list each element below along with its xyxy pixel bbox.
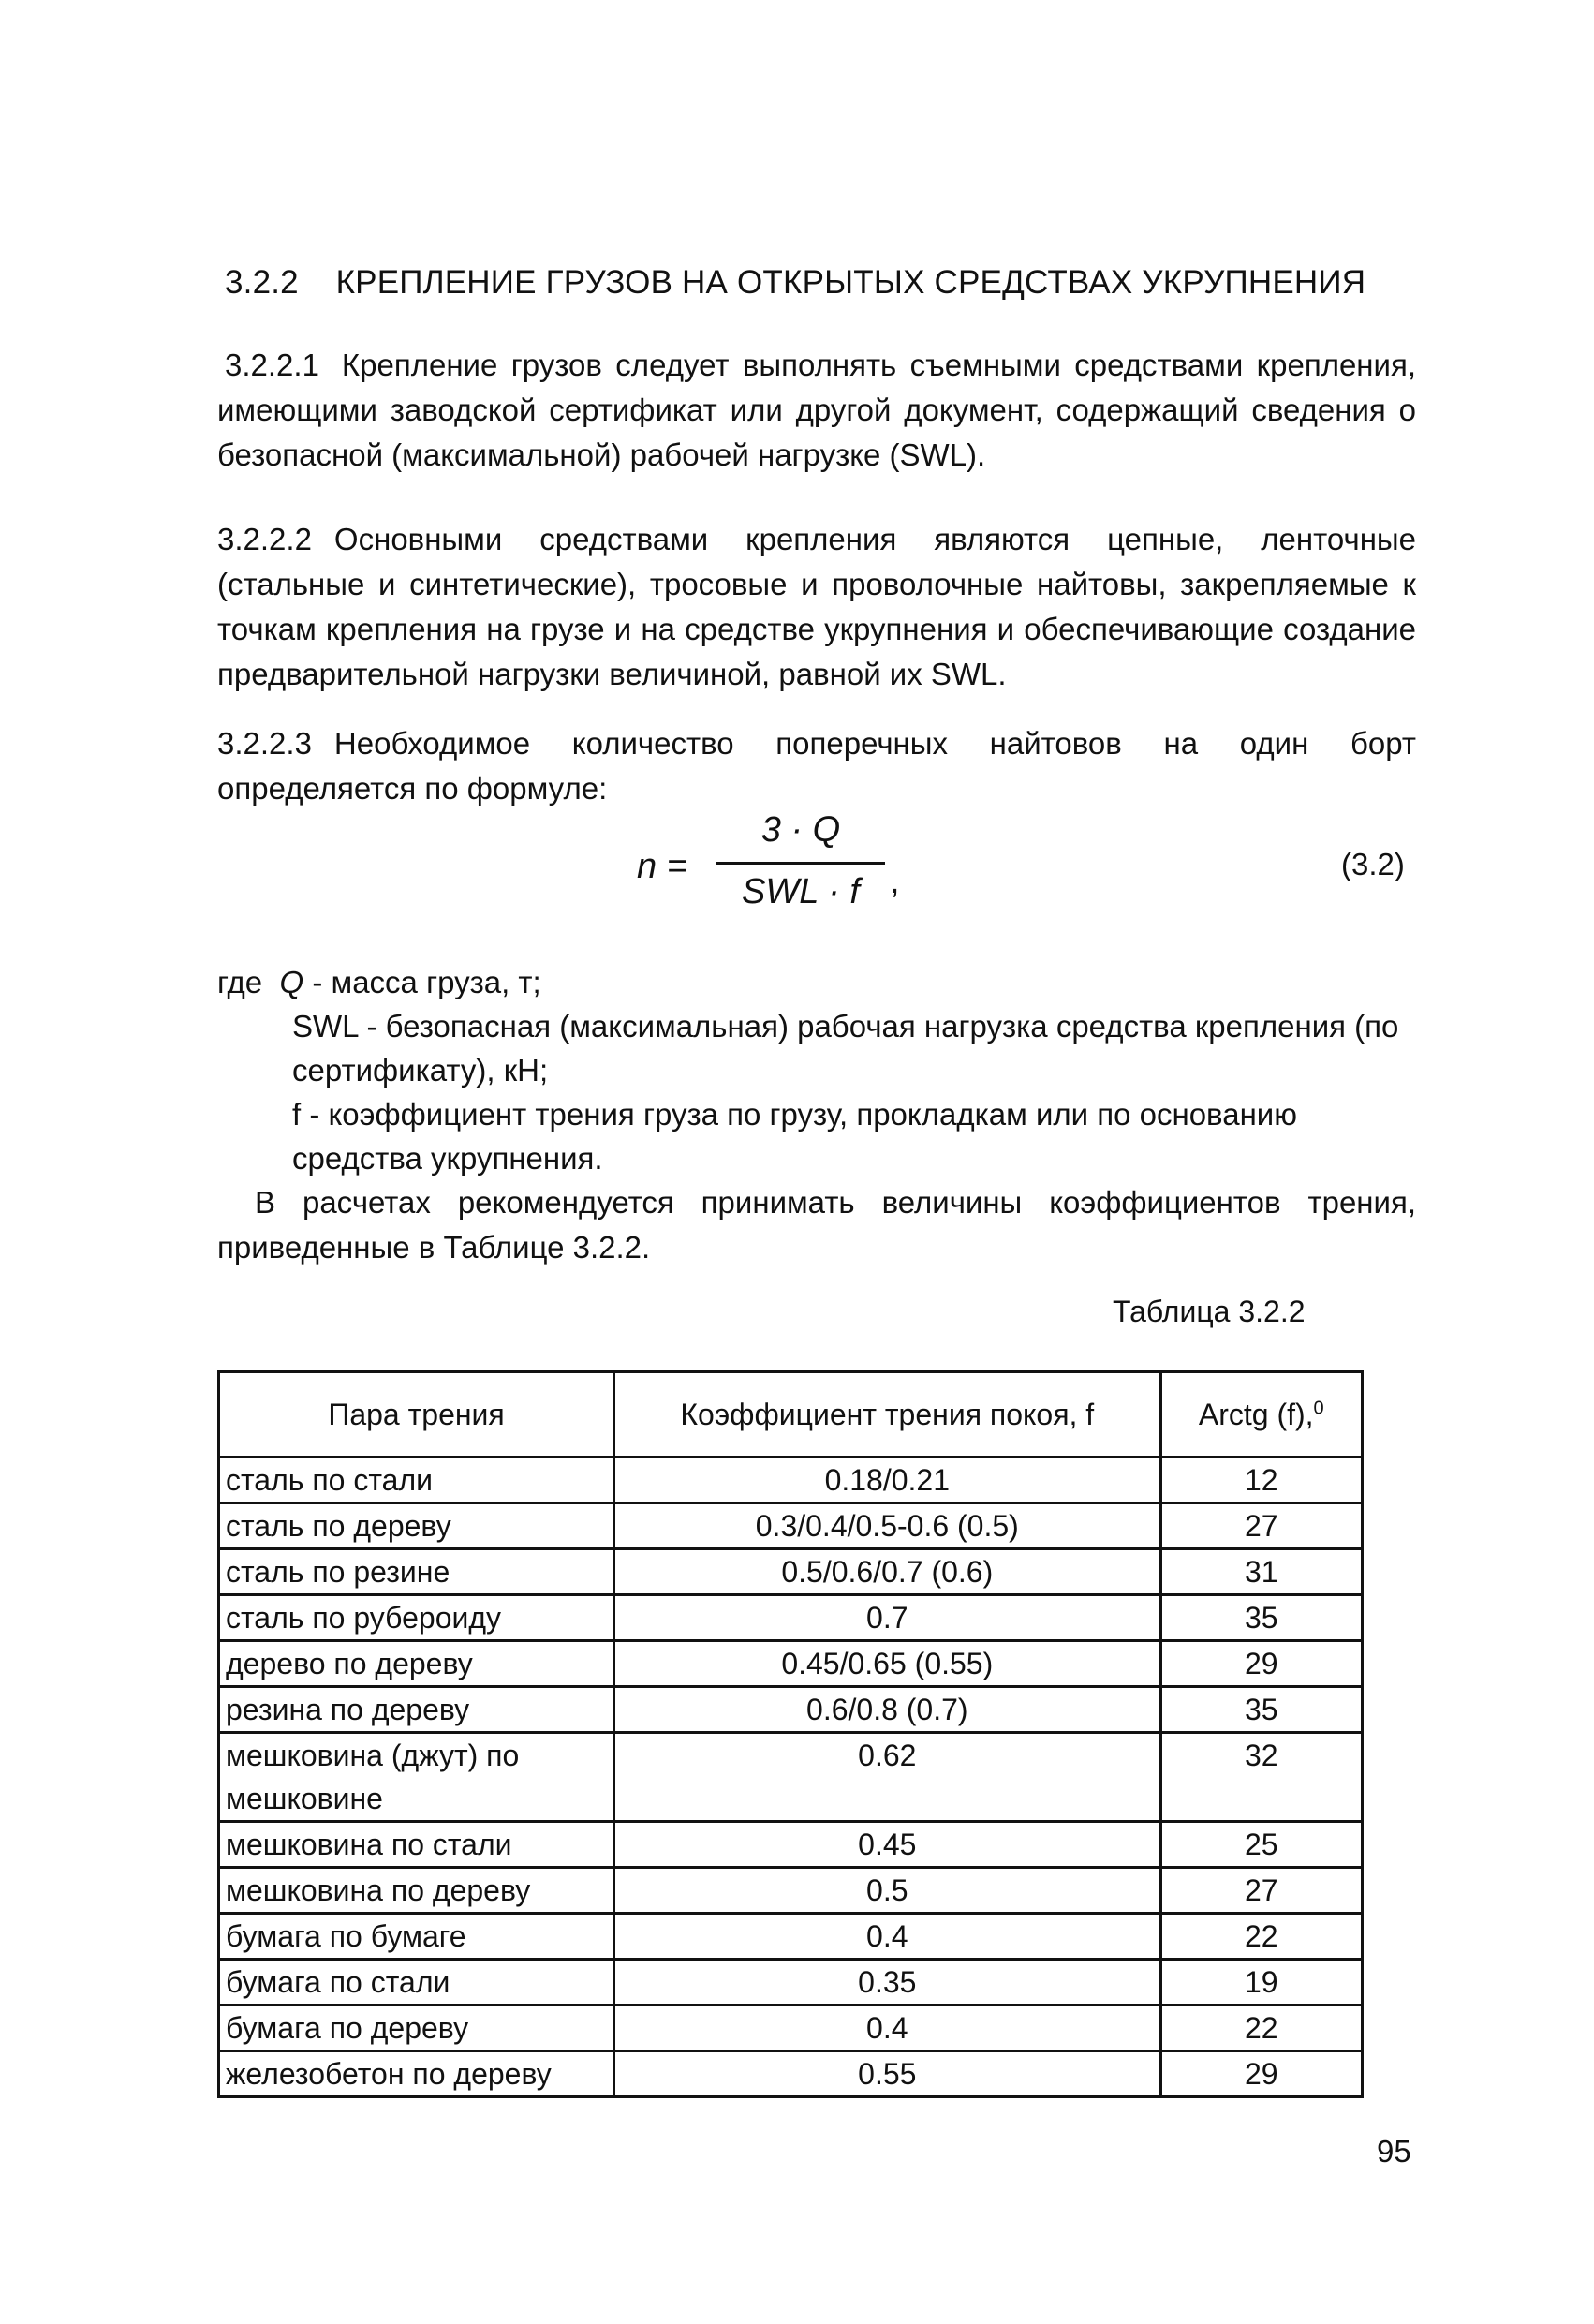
equation-number: (3.2) <box>1341 847 1405 882</box>
definitions-intro: где <box>217 965 262 999</box>
cell-coefficient: 0.45 <box>614 1822 1160 1868</box>
cell-arctg: 19 <box>1160 1960 1362 2006</box>
header-coefficient: Коэффициент трения покоя, f <box>614 1372 1160 1458</box>
definition-f: f - коэффициент трения груза по грузу, п… <box>217 1092 1425 1180</box>
cell-friction-pair: дерево по дереву <box>219 1641 614 1687</box>
cell-coefficient: 0.6/0.8 (0.7) <box>614 1687 1160 1733</box>
formula-lhs: n = <box>637 847 687 887</box>
cell-coefficient: 0.18/0.21 <box>614 1458 1160 1503</box>
cell-arctg: 12 <box>1160 1458 1362 1503</box>
cell-friction-pair: бумага по стали <box>219 1960 614 2006</box>
cell-arctg: 35 <box>1160 1687 1362 1733</box>
table-row: бумага по дереву0.422 <box>219 2006 1363 2051</box>
cell-arctg: 27 <box>1160 1503 1362 1549</box>
cell-friction-pair: мешковина по стали <box>219 1822 614 1868</box>
paragraph-text: Крепление грузов следует выполнять съемн… <box>217 348 1416 472</box>
cell-friction-pair: сталь по рубероиду <box>219 1595 614 1641</box>
formula-fraction: 3 · Q SWL · f <box>716 806 885 913</box>
definition-text: - коэффициент трения груза по грузу, про… <box>292 1097 1297 1176</box>
cell-friction-pair: сталь по стали <box>219 1458 614 1503</box>
cell-coefficient: 0.7 <box>614 1595 1160 1641</box>
cell-friction-pair: сталь по резине <box>219 1549 614 1595</box>
friction-table: Пара трения Коэффициент трения покоя, f … <box>217 1370 1364 2098</box>
cell-coefficient: 0.62 <box>614 1733 1160 1822</box>
table-row: мешковина по стали0.4525 <box>219 1822 1363 1868</box>
table-row: мешковина по дереву0.527 <box>219 1868 1363 1914</box>
cell-coefficient: 0.45/0.65 (0.55) <box>614 1641 1160 1687</box>
section-heading: 3.2.2 КРЕПЛЕНИЕ ГРУЗОВ НА ОТКРЫТЫХ СРЕДС… <box>225 264 1365 302</box>
paragraph-number: 3.2.2.1 <box>225 348 319 382</box>
table-caption: Таблица 3.2.2 <box>1113 1295 1306 1329</box>
cell-friction-pair: бумага по дереву <box>219 2006 614 2051</box>
cell-arctg: 27 <box>1160 1868 1362 1914</box>
cell-arctg: 29 <box>1160 1641 1362 1687</box>
fraction-bar <box>716 862 885 865</box>
paragraph-text: Основными средствами крепления являются … <box>217 522 1416 691</box>
table-row: бумага по стали0.3519 <box>219 1960 1363 2006</box>
paragraph-number: 3.2.2.3 <box>217 726 312 761</box>
formula-numerator: 3 · Q <box>716 806 885 854</box>
page-number: 95 <box>1377 2134 1411 2169</box>
table-row: дерево по дереву0.45/0.65 (0.55)29 <box>219 1641 1363 1687</box>
cell-coefficient: 0.4 <box>614 2006 1160 2051</box>
cell-arctg: 25 <box>1160 1822 1362 1868</box>
table-row: резина по дереву0.6/0.8 (0.7)35 <box>219 1687 1363 1733</box>
cell-arctg: 22 <box>1160 1914 1362 1960</box>
table-row: сталь по стали0.18/0.2112 <box>219 1458 1363 1503</box>
degree-superscript: 0 <box>1314 1398 1324 1418</box>
table-row: бумага по бумаге0.422 <box>219 1914 1363 1960</box>
section-number: 3.2.2 <box>225 264 299 301</box>
cell-coefficient: 0.5 <box>614 1868 1160 1914</box>
recommendation-text: В расчетах рекомендуется принимать велич… <box>217 1180 1416 1270</box>
cell-arctg: 22 <box>1160 2006 1362 2051</box>
cell-coefficient: 0.4 <box>614 1914 1160 1960</box>
table-row: сталь по резине0.5/0.6/0.7 (0.6)31 <box>219 1549 1363 1595</box>
formula-denominator: SWL · f <box>716 870 885 913</box>
cell-friction-pair: мешковина (джут) по мешковине <box>219 1733 614 1822</box>
definition-text: - безопасная (максимальная) рабочая нагр… <box>292 1009 1398 1088</box>
paragraph-3-2-2-3: 3.2.2.3Необходимое количество поперечных… <box>217 721 1416 811</box>
definitions: где Q - масса груза, т; SWL - безопасная… <box>217 960 1425 1180</box>
definition-symbol: f <box>292 1097 301 1132</box>
definition-swl: SWL - безопасная (максимальная) рабочая … <box>217 1004 1425 1092</box>
definition-symbol: SWL <box>292 1009 358 1044</box>
cell-arctg: 31 <box>1160 1549 1362 1595</box>
paragraph-text: Необходимое количество поперечных найтов… <box>217 726 1416 806</box>
table-row: сталь по рубероиду0.735 <box>219 1595 1363 1641</box>
table-header-row: Пара трения Коэффициент трения покоя, f … <box>219 1372 1363 1458</box>
cell-friction-pair: бумага по бумаге <box>219 1914 614 1960</box>
cell-arctg: 35 <box>1160 1595 1362 1641</box>
cell-arctg: 29 <box>1160 2051 1362 2097</box>
cell-coefficient: 0.35 <box>614 1960 1160 2006</box>
cell-coefficient: 0.55 <box>614 2051 1160 2097</box>
header-friction-pair: Пара трения <box>219 1372 614 1458</box>
definition-symbol: Q <box>280 965 304 999</box>
paragraph-3-2-2-1: 3.2.2.1Крепление грузов следует выполнят… <box>217 343 1416 478</box>
cell-coefficient: 0.5/0.6/0.7 (0.6) <box>614 1549 1160 1595</box>
table-row: мешковина (джут) по мешковине0.6232 <box>219 1733 1363 1822</box>
definition-text: - масса груза, т; <box>312 965 540 999</box>
header-arctg-label: Arctg (f), <box>1199 1398 1314 1431</box>
table-row: железобетон по дереву0.5529 <box>219 2051 1363 2097</box>
formula: n = 3 · Q SWL · f , <box>599 806 1011 927</box>
cell-friction-pair: резина по дереву <box>219 1687 614 1733</box>
formula-trailing: , <box>890 862 900 902</box>
cell-friction-pair: сталь по дереву <box>219 1503 614 1549</box>
cell-friction-pair: железобетон по дереву <box>219 2051 614 2097</box>
cell-arctg: 32 <box>1160 1733 1362 1822</box>
section-title: КРЕПЛЕНИЕ ГРУЗОВ НА ОТКРЫТЫХ СРЕДСТВАХ У… <box>336 264 1366 301</box>
paragraph-3-2-2-2: 3.2.2.2Основными средствами крепления яв… <box>217 517 1416 697</box>
table-row: сталь по дереву0.3/0.4/0.5-0.6 (0.5)27 <box>219 1503 1363 1549</box>
paragraph-number: 3.2.2.2 <box>217 522 312 556</box>
header-arctg: Arctg (f),0 <box>1160 1372 1362 1458</box>
cell-friction-pair: мешковина по дереву <box>219 1868 614 1914</box>
definition-q: где Q - масса груза, т; <box>217 960 1425 1004</box>
cell-coefficient: 0.3/0.4/0.5-0.6 (0.5) <box>614 1503 1160 1549</box>
